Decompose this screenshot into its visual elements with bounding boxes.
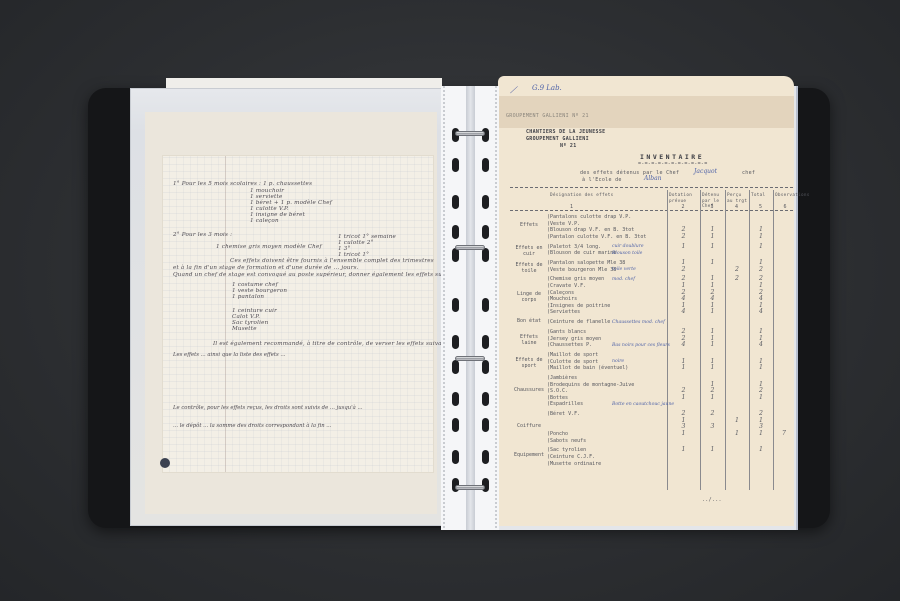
inventory-title: INVENTAIRE (640, 153, 704, 161)
category-label: Effets de sport (512, 357, 546, 369)
column-header: Observations (775, 193, 798, 199)
faded-header: GROUPEMENT GALLIENI Nº 21 (506, 113, 589, 119)
column-number: 2 (682, 204, 685, 210)
category-label: Linge de corps (512, 291, 546, 303)
column-number: 6 (784, 204, 787, 210)
column-number: 1 (570, 204, 573, 210)
subtitle-line-1-end: chef (742, 170, 755, 176)
handwritten-annotation: noire (612, 359, 624, 364)
table-top-rule (510, 187, 795, 188)
school-name: Alban (644, 175, 662, 182)
letter-line: Ces effets doivent être fournis à l'ense… (230, 258, 434, 264)
quantity-value: 1 (707, 394, 719, 401)
quantity-value: 1 (678, 364, 690, 371)
quantity-value: 1 (755, 233, 767, 240)
category-label: Effets en cuir (512, 245, 546, 257)
ink-stamp-dot (160, 458, 170, 468)
letter-line: 1 chemise gris moyen modèle Chef (216, 244, 322, 250)
item-name: (Gants blancs (547, 329, 586, 335)
quantity-value: 3 (707, 423, 719, 430)
item-name: (Musette ordinaire (547, 461, 601, 467)
quantity-value: 1 (755, 243, 767, 250)
quantity-value: 1 (707, 259, 719, 266)
column-rule (667, 190, 668, 490)
letter-line: Il est également recommandé, à titre de … (213, 341, 459, 347)
item-name: (Espadrilles (547, 401, 583, 407)
quantity-value: 1 (731, 430, 743, 437)
handwritten-annotation: toile verte (612, 267, 636, 272)
quantity-value: 1 (731, 417, 743, 424)
binder-ring (455, 356, 485, 361)
punch-hole (452, 360, 459, 374)
item-name: (Maillot de bain (éventuel) (547, 365, 628, 371)
sleeve-perforation-left (443, 86, 445, 530)
punch-hole (482, 158, 489, 172)
pen-stroke-icon: ⟋ (510, 86, 516, 96)
item-name: (Jambières (547, 375, 577, 381)
quantity-value: 1 (707, 341, 719, 348)
quantity-value: 4 (755, 308, 767, 315)
punch-hole (482, 225, 489, 239)
item-name: (Bottes (547, 395, 568, 401)
punch-hole (482, 392, 489, 406)
continuation-mark: ../... (702, 497, 722, 503)
quantity-value: 4 (755, 341, 767, 348)
punch-hole (452, 158, 459, 172)
category-label: Chaussures (512, 387, 546, 393)
quantity-value: 2 (678, 266, 690, 273)
quantity-value: 1 (755, 430, 767, 437)
item-name: (Pantalons culotte drap V.P. (547, 214, 631, 220)
letter-line: Musette (232, 326, 257, 332)
quantity-value: 2 (731, 266, 743, 273)
item-name: (Paletot 3/4 long. (547, 244, 601, 250)
letter-line: et à la fin d'un stage de formation et d… (173, 265, 359, 271)
subtitle-line-2: à l'Ecole de (582, 177, 622, 183)
item-name: (Blouson de cuir marine (547, 250, 616, 256)
item-name: (Insignes de poitrine (547, 303, 610, 309)
quantity-value: 2 (707, 410, 719, 417)
column-rule (700, 190, 701, 490)
column-header: Total (751, 193, 773, 199)
quantity-value: 1 (678, 446, 690, 453)
item-name: (Maillot de sport (547, 352, 598, 358)
quantity-value: 1 (755, 446, 767, 453)
category-label: Coiffure (512, 423, 546, 429)
handwritten-annotation: mod. chef (612, 277, 635, 282)
item-name: (S.O.C. (547, 388, 568, 394)
quantity-value: 1 (678, 394, 690, 401)
handwritten-annotation: cuir doublure (612, 244, 644, 249)
org-line-3: Nº 21 (560, 143, 577, 149)
letter-line: Le contrôle, pour les effets reçus, les … (173, 405, 428, 412)
org-line-1: CHANTIERS DE LA JEUNESSE (526, 129, 605, 135)
letter-line: ... le dépôt ... la somme des droits cor… (173, 423, 428, 430)
item-name: (Veste bourgeron Mle 38 (547, 267, 616, 273)
column-number: 3 (711, 204, 714, 210)
quantity-value: 1 (707, 308, 719, 315)
item-name: (Sabots neufs (547, 438, 586, 444)
org-line-2: GROUPEMENT GALLIENI (526, 136, 589, 142)
punch-hole (452, 392, 459, 406)
item-name: (Ceinture C.J.F. (547, 454, 595, 460)
title-underline: =-=-=-=-=-=-=-=-=-=-= (638, 161, 708, 167)
quantity-value: 1 (755, 364, 767, 371)
punch-hole (482, 418, 489, 432)
item-name: (Pantalon salopette Mle 38 (547, 260, 625, 266)
column-rule (773, 190, 774, 490)
letter-line: 1 pantalon (232, 294, 264, 300)
letter-line: 1 caleçon (250, 218, 279, 224)
quantity-value: 4 (678, 308, 690, 315)
handwritten-annotation: Blouson toile (612, 251, 642, 256)
item-name: (Blouson drap V.F. en B. 3tot (547, 227, 634, 233)
category-label: Effets (512, 222, 546, 228)
punch-hole (452, 298, 459, 312)
quantity-value: 1 (678, 243, 690, 250)
quantity-value: 1 (707, 243, 719, 250)
letter-line: Quand un chef de stage est convoqué au p… (173, 272, 464, 278)
quantity-value: 1 (755, 394, 767, 401)
category-label: Effets de toile (512, 262, 546, 274)
column-number: 4 (735, 204, 738, 210)
punch-hole (452, 335, 459, 349)
observation-value: 7 (778, 430, 790, 437)
category-label: Effets laine (512, 334, 546, 346)
item-name: (Béret V.F. (547, 411, 580, 417)
letter-line: Les effets ... ainsi que la liste des ef… (173, 352, 428, 359)
sleeve-perforation-right (495, 86, 497, 530)
category-label: Bon état (512, 318, 546, 324)
punch-hole (482, 195, 489, 209)
column-number: 5 (759, 204, 762, 210)
pencil-note: G.9 Lab. (532, 84, 562, 92)
punch-hole (452, 418, 459, 432)
punch-hole (452, 225, 459, 239)
binder-ring (455, 131, 485, 136)
punch-hole (482, 360, 489, 374)
letter-line: 2° Pour les 3 mois : (173, 232, 232, 238)
handwritten-annotation: Bas noirs pour ces fleurs (612, 343, 670, 348)
item-name: (Poncho (547, 431, 568, 437)
item-name: (Caleçons (547, 290, 574, 296)
punch-hole (452, 450, 459, 464)
quantity-value: 1 (707, 233, 719, 240)
item-name: (Chemise gris moyen (547, 276, 604, 282)
item-name: (Culotte de sport (547, 359, 598, 365)
quantity-value: 1 (707, 446, 719, 453)
handwritten-annotation: Chaussettes mod. chef (612, 320, 665, 325)
item-name: (Chaussettes P. (547, 342, 592, 348)
item-name: (Pantalon culotte V.F. en B. 3tot (547, 234, 646, 240)
column-header: Perçu au trgt (727, 193, 749, 204)
column-header: Désignation des effets (550, 193, 614, 199)
punch-hole (482, 248, 489, 262)
column-header: Dotation prévue (669, 193, 700, 204)
item-name: (Serviettes (547, 309, 580, 315)
item-name: (Jersey gris moyen (547, 336, 601, 342)
item-name: (Cravate V.F. (547, 283, 586, 289)
item-name: (Sac tyrolien (547, 447, 586, 453)
quantity-value: 1 (678, 430, 690, 437)
column-rule (749, 190, 750, 490)
spine-gutter (466, 86, 475, 530)
table-header-rule (510, 210, 795, 211)
letter-line: 1° Pour les 5 mois scolaires : 1 p. chau… (173, 181, 312, 187)
folded-paper-band (498, 96, 794, 128)
item-name: (Veste V.P. (547, 221, 580, 227)
category-label: Equipement (512, 452, 546, 458)
punch-hole (482, 450, 489, 464)
binder-ring (455, 485, 485, 490)
handwritten-annotation: Botte en caoutchouc jaune (612, 402, 674, 407)
quantity-value: 2 (678, 233, 690, 240)
item-name: (Ceinture de flanelle (547, 319, 610, 325)
punch-hole (482, 298, 489, 312)
punch-hole (452, 248, 459, 262)
quantity-value: 2 (731, 275, 743, 282)
item-name: (Brodequins de montagne-Juive (547, 382, 634, 388)
quantity-value: 2 (755, 266, 767, 273)
punch-hole (452, 195, 459, 209)
quantity-value: 4 (678, 341, 690, 348)
binder-ring (455, 245, 485, 250)
item-name: (Mouchoirs (547, 296, 577, 302)
quantity-value: 1 (707, 364, 719, 371)
punch-hole (482, 335, 489, 349)
column-rule (725, 190, 726, 490)
chef-name: Jacquot (694, 168, 717, 175)
binder-ring-strip (441, 86, 499, 530)
subtitle-line-1: des effets détenus par le Chef (580, 170, 679, 176)
